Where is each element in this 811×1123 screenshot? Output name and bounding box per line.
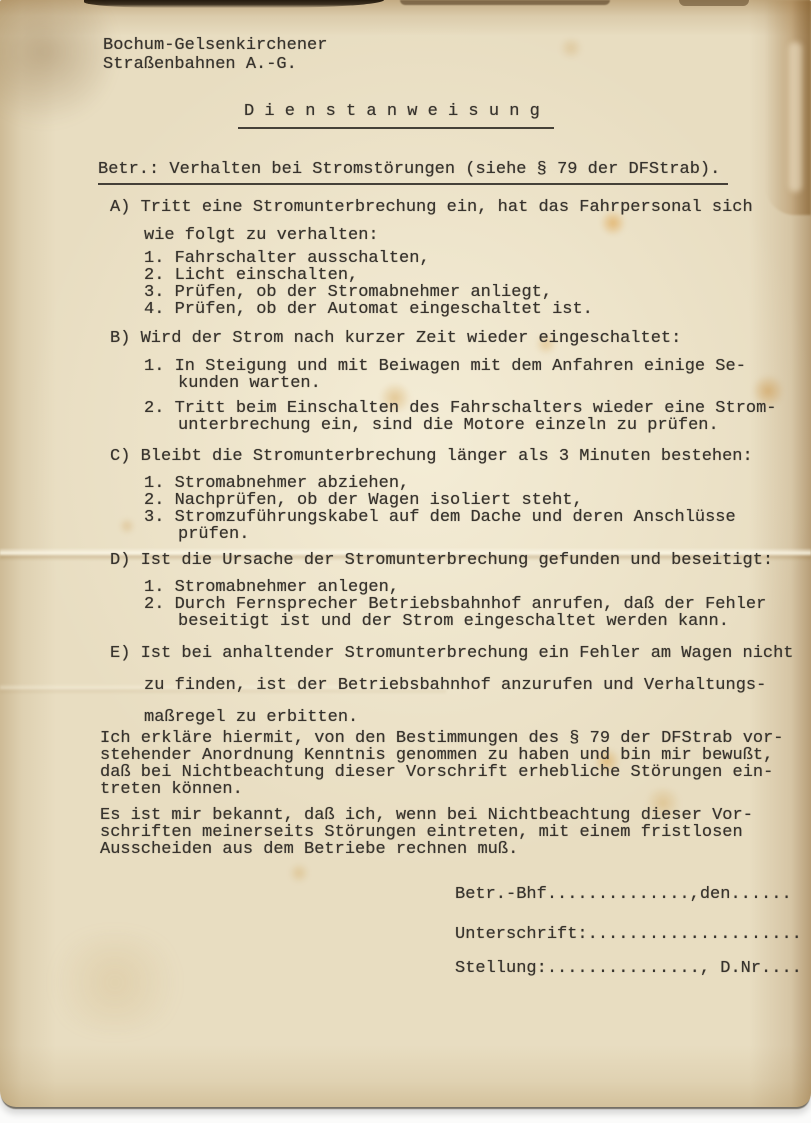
right-edge-curl: [765, 0, 811, 215]
section-e-line: E) Ist bei anhaltender Stromunterbrechun…: [110, 645, 794, 663]
section-b: B) Wird der Strom nach kurzer Zeit wiede…: [110, 330, 777, 434]
list-item-continuation: prüfen.: [178, 526, 753, 543]
paragraph-line: schriften meinerseits Störungen eintrete…: [100, 824, 753, 841]
list-item: 4. Prüfen, ob der Automat eingeschaltet …: [144, 301, 753, 318]
signature-block: Betr.-Bhf..............,den...... Unters…: [455, 886, 802, 978]
foxing-stain: [40, 935, 190, 1030]
list-item: 1. In Steigung und mit Beiwagen mit dem …: [144, 358, 777, 375]
list-item: 3. Stromzuführungskabel auf dem Dache un…: [144, 509, 753, 526]
section-b-heading: B) Wird der Strom nach kurzer Zeit wiede…: [110, 330, 777, 348]
list-item: 1. Stromabnehmer anlegen,: [144, 579, 773, 596]
company-name-line1: Bochum-Gelsenkirchener: [103, 36, 327, 55]
letterhead: Bochum-Gelsenkirchener Straßenbahnen A.-…: [103, 36, 327, 74]
title-block: D i e n s t a n w e i s u n g: [238, 103, 554, 129]
list-item: 3. Prüfen, ob der Stromabnehmer anliegt,: [144, 284, 753, 301]
paragraph-line: Es ist mir bekannt, daß ich, wenn bei Ni…: [100, 807, 753, 824]
signature-field-bhf-den: Betr.-Bhf..............,den......: [455, 886, 802, 904]
section-d-heading: D) Ist die Ursache der Stromunterbrechun…: [110, 552, 773, 570]
subject-line: Betr.: Verhalten bei Stromstörungen (sie…: [98, 161, 728, 185]
torn-top-edge: [400, 0, 610, 5]
company-name-line2: Straßenbahnen A.-G.: [103, 55, 327, 74]
section-c: C) Bleibt die Stromunterbrechung länger …: [110, 448, 753, 543]
declaration-paragraph-2: Es ist mir bekannt, daß ich, wenn bei Ni…: [100, 807, 753, 858]
paragraph-line: Ich erkläre hiermit, von den Bestimmunge…: [100, 730, 784, 747]
foxing-stain: [558, 38, 584, 58]
foxing-stain: [288, 863, 310, 883]
paragraph-line: daß bei Nichtbeachtung dieser Vorschrift…: [100, 764, 784, 781]
section-e: E) Ist bei anhaltender Stromunterbrechun…: [110, 645, 794, 727]
list-item: 1. Stromabnehmer abziehen,: [144, 475, 753, 492]
foxing-stain: [0, 0, 113, 129]
list-item: 2. Tritt beim Einschalten des Fahrschalt…: [144, 400, 777, 417]
section-a: A) Tritt eine Stromunterbrechung ein, ha…: [110, 199, 753, 318]
section-c-heading: C) Bleibt die Stromunterbrechung länger …: [110, 448, 753, 466]
torn-top-edge: [84, 0, 384, 8]
paragraph-line: Ausscheiden aus dem Betriebe rechnen muß…: [100, 841, 753, 858]
list-item-continuation: kunden warten.: [178, 375, 777, 392]
signature-field-unterschrift: Unterschrift:.....................: [455, 926, 802, 944]
list-item-continuation: beseitigt ist und der Strom eingeschalte…: [178, 613, 773, 630]
torn-top-edge: [679, 0, 749, 6]
section-a-heading-cont: wie folgt zu verhalten:: [144, 227, 753, 245]
scan-background: Bochum-Gelsenkirchener Straßenbahnen A.-…: [0, 0, 811, 1123]
list-item-continuation: unterbrechung ein, sind die Motore einze…: [178, 417, 777, 434]
section-e-line: maßregel zu erbitten.: [144, 709, 794, 727]
section-e-line: zu finden, ist der Betriebsbahnhof anzur…: [144, 677, 794, 695]
subject-block: Betr.: Verhalten bei Stromstörungen (sie…: [98, 161, 728, 185]
doc-title: D i e n s t a n w e i s u n g: [238, 103, 554, 129]
section-d: D) Ist die Ursache der Stromunterbrechun…: [110, 552, 773, 630]
signature-field-stellung-dnr: Stellung:..............., D.Nr....: [455, 960, 802, 978]
list-item: 1. Fahrschalter ausschalten,: [144, 250, 753, 267]
list-item: 2. Nachprüfen, ob der Wagen isoliert ste…: [144, 492, 753, 509]
list-item: 2. Durch Fernsprecher Betriebsbahnhof an…: [144, 596, 773, 613]
section-a-heading: A) Tritt eine Stromunterbrechung ein, ha…: [110, 199, 753, 217]
paper-sheet: Bochum-Gelsenkirchener Straßenbahnen A.-…: [0, 0, 811, 1107]
list-item: 2. Licht einschalten,: [144, 267, 753, 284]
paragraph-line: stehender Anordnung Kenntnis genommen zu…: [100, 747, 784, 764]
declaration-paragraph-1: Ich erkläre hiermit, von den Bestimmunge…: [100, 730, 784, 798]
paragraph-line: treten können.: [100, 781, 784, 798]
right-edge-highlight: [789, 42, 802, 192]
